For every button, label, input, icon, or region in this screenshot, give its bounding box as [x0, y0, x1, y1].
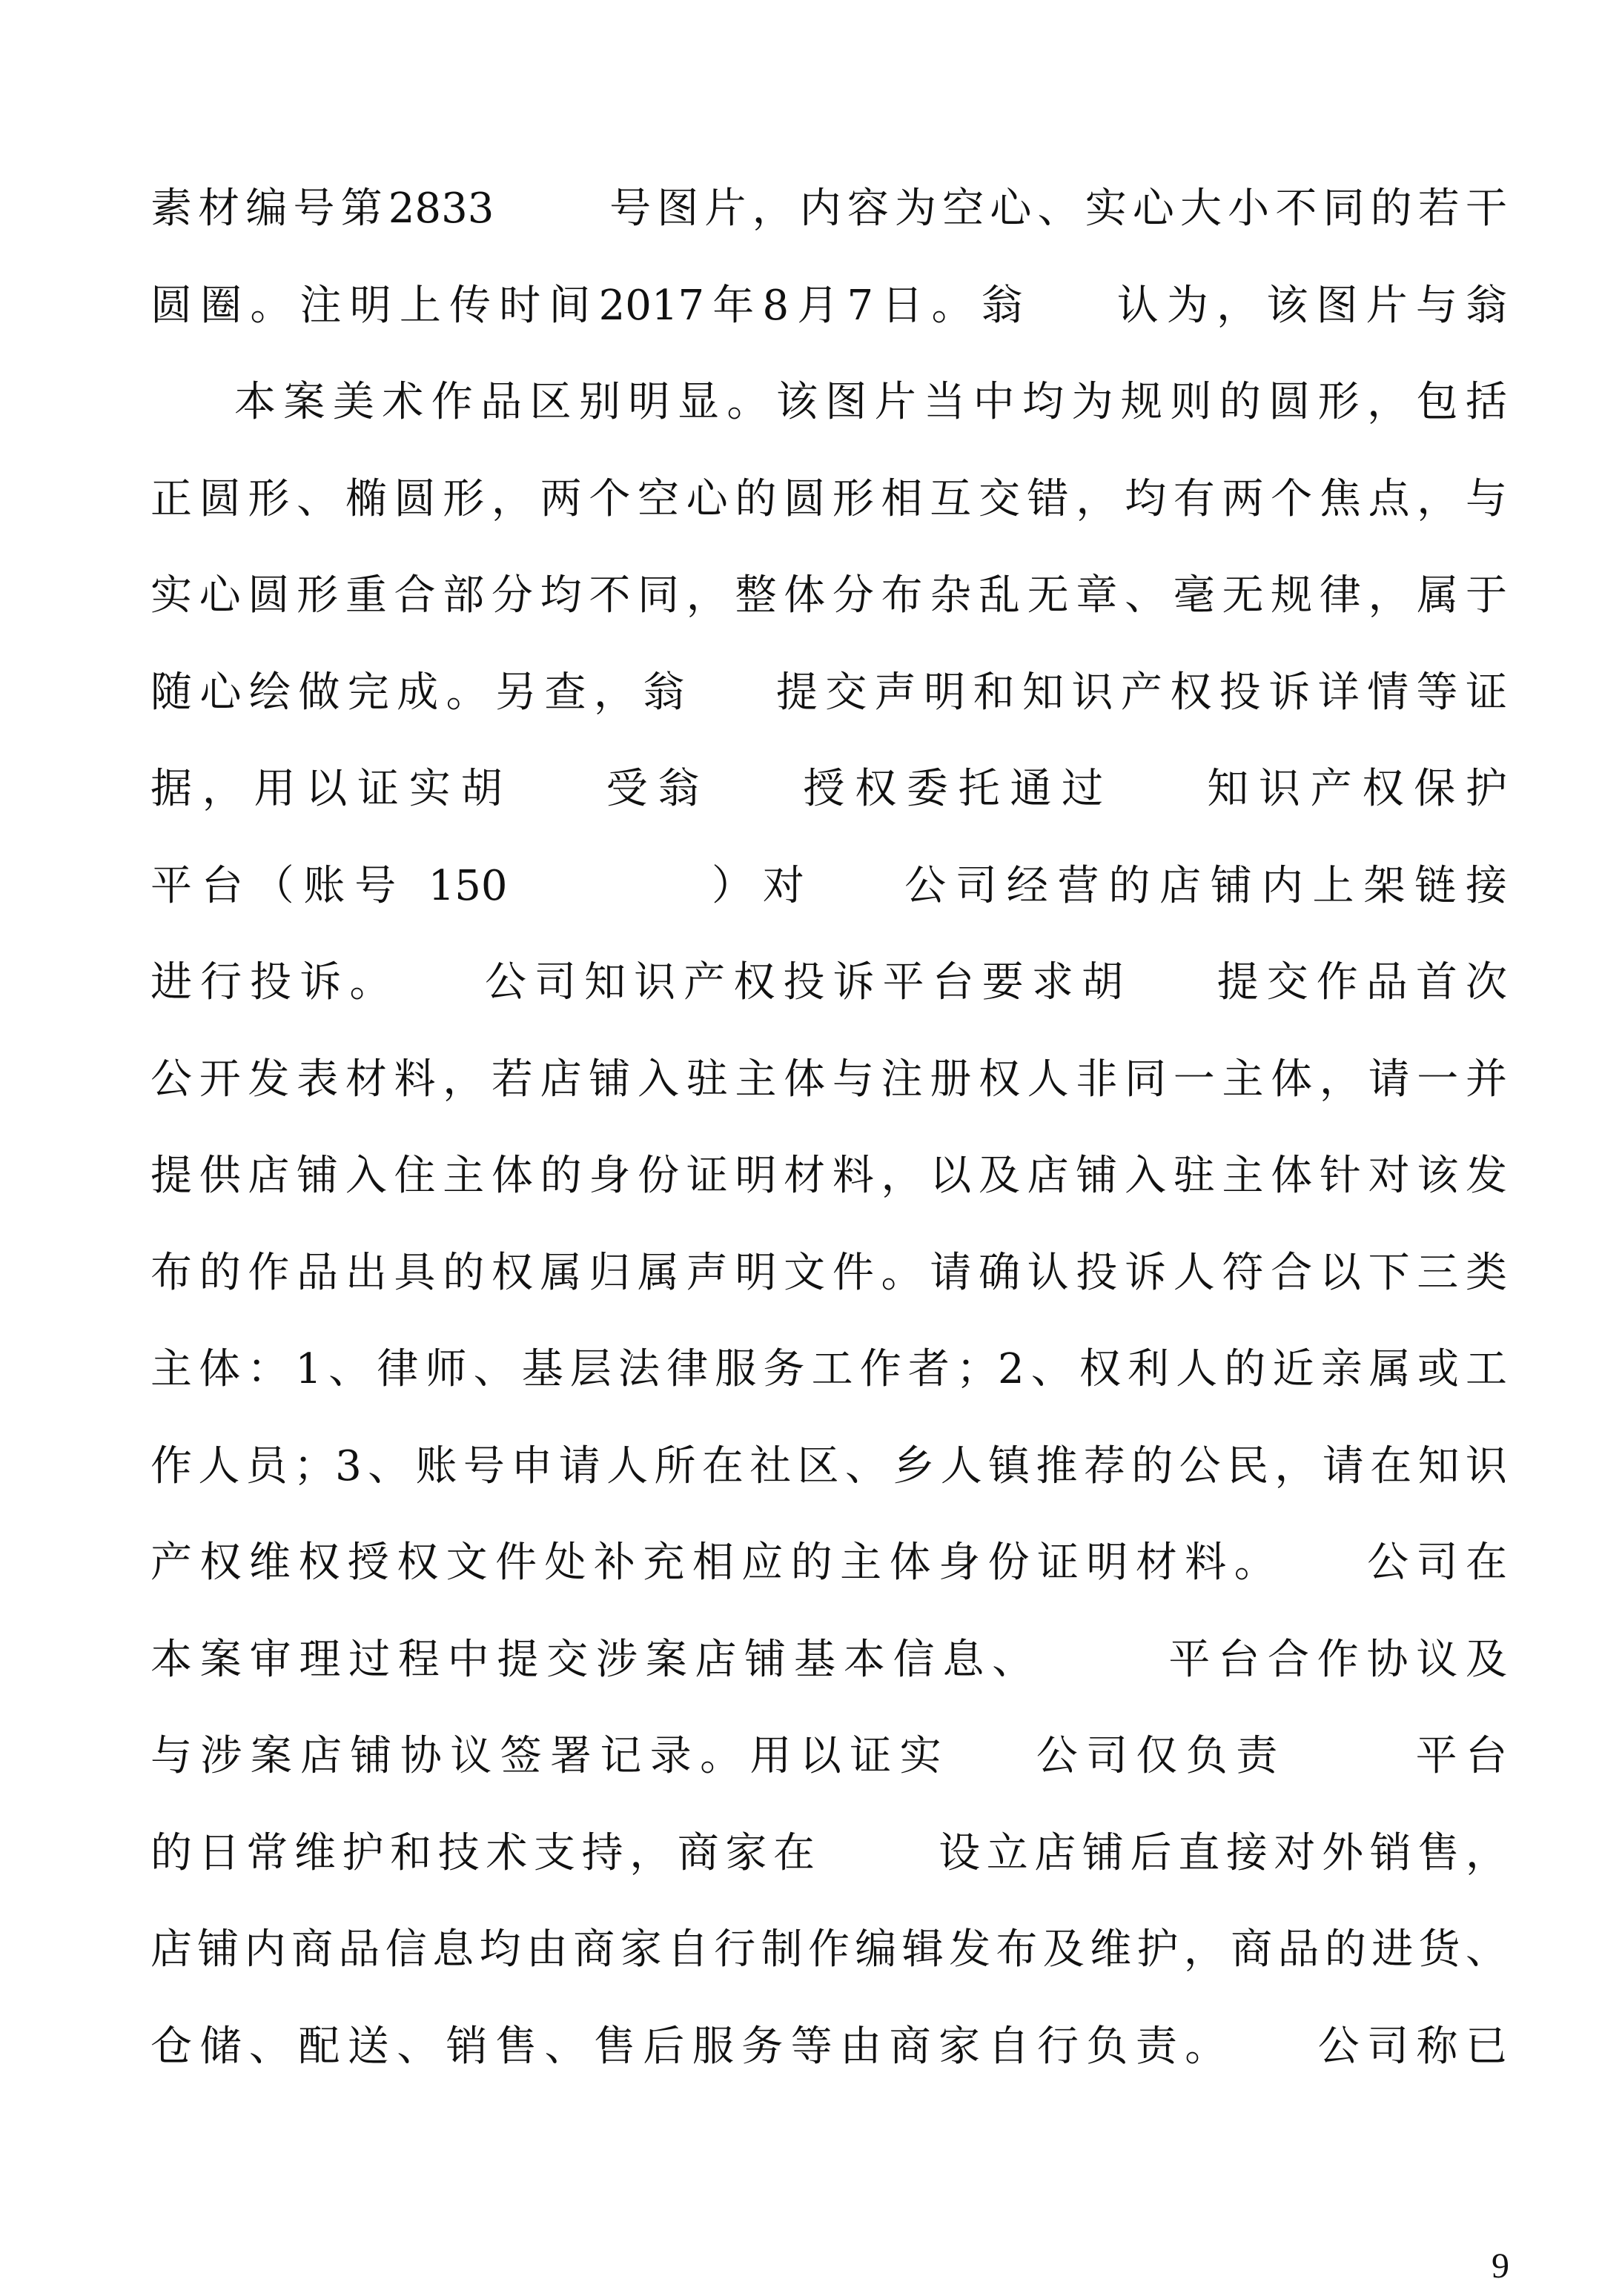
text-line: 布的作品出具的权属归属声明文件。请确认投诉人符合以下三类	[150, 1225, 1507, 1322]
text-line: 仓储、配送、销售、售后服务等由商家自行负责。 公司称已	[150, 1999, 1507, 2096]
text-line: 随心绘做完成。另查，翁 提交声明和知识产权投诉详情等证	[150, 645, 1507, 742]
text-line: 本案美术作品区别明显。该图片当中均为规则的圆形，包括	[150, 354, 1507, 451]
page-number: 9	[1492, 2246, 1509, 2286]
text-line: 据，用以证实胡 受翁 授权委托通过 知识产权保护	[150, 741, 1507, 838]
text-line: 公开发表材料，若店铺入驻主体与注册权人非同一主体，请一并	[150, 1032, 1507, 1129]
text-line: 店铺内商品信息均由商家自行制作编辑发布及维护，商品的进货、	[150, 1902, 1507, 1999]
text-line: 与涉案店铺协议签署记录。用以证实 公司仅负责 平台	[150, 1708, 1507, 1805]
text-line: 产权维权授权文件处补充相应的主体身份证明材料。 公司在	[150, 1515, 1507, 1612]
text-line: 主体：1、律师、基层法律服务工作者；2、权利人的近亲属或工	[150, 1321, 1507, 1419]
text-line: 作人员；3、账号申请人所在社区、乡人镇推荐的公民，请在知识	[150, 1419, 1507, 1516]
text-line: 实心圆形重合部分均不同，整体分布杂乱无章、毫无规律，属于	[150, 548, 1507, 645]
document-page: 素材编号第2833 号图片，内容为空心、实心大小不同的若干 圆圈。注明上传时间2…	[0, 0, 1622, 2296]
text-line: 正圆形、椭圆形，两个空心的圆形相互交错，均有两个焦点，与	[150, 451, 1507, 548]
text-line: 的日常维护和技术支持，商家在 设立店铺后直接对外销售，	[150, 1805, 1507, 1902]
text-line: 本案审理过程中提交涉案店铺基本信息、 平台合作协议及	[150, 1612, 1507, 1709]
text-line: 提供店铺入住主体的身份证明材料，以及店铺入驻主体针对该发	[150, 1128, 1507, 1225]
text-line: 素材编号第2833 号图片，内容为空心、实心大小不同的若干	[150, 161, 1507, 258]
body-text: 素材编号第2833 号图片，内容为空心、实心大小不同的若干 圆圈。注明上传时间2…	[150, 161, 1507, 2095]
text-line: 圆圈。注明上传时间2017年8月7日。翁 认为，该图片与翁	[150, 258, 1507, 355]
text-line: 进行投诉。 公司知识产权投诉平台要求胡 提交作品首次	[150, 935, 1507, 1032]
text-line: 平台（账号 150 ）对 公司经营的店铺内上架链接	[150, 838, 1507, 935]
